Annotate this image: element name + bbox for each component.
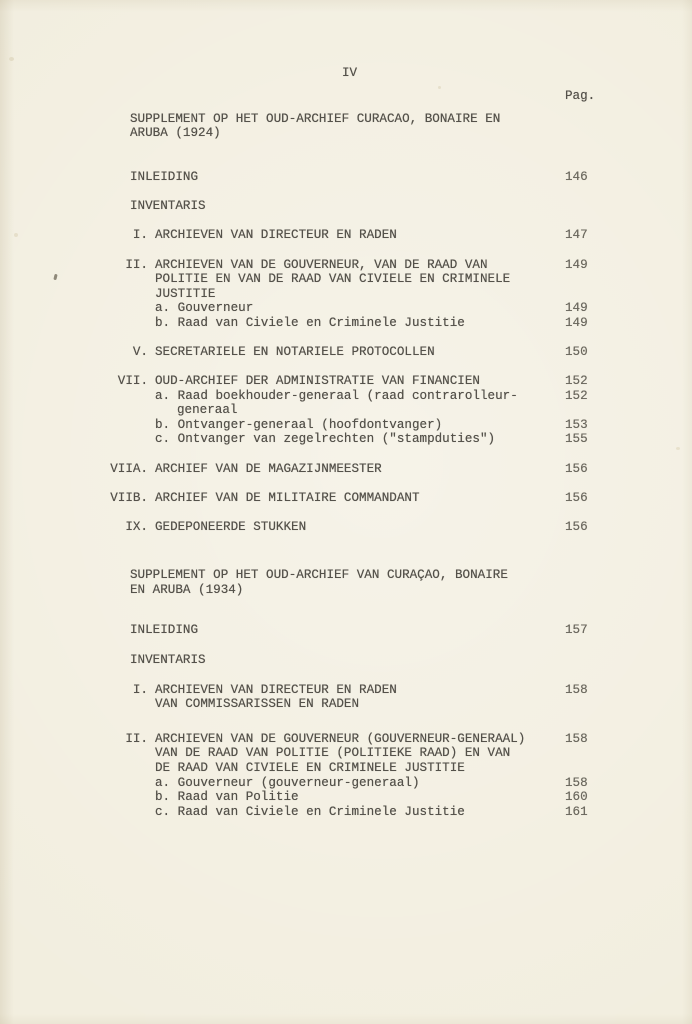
toc-entry-text: OUD-ARCHIEF DER ADMINISTRATIE VAN FINANC… <box>155 374 480 388</box>
toc-section-heading: SUPPLEMENT OP HET OUD-ARCHIEF VAN CURAÇA… <box>0 568 692 583</box>
toc-page-number: 156 <box>565 520 588 534</box>
toc-entry-label: IX. <box>95 520 148 534</box>
toc-continuation-line: DE RAAD VAN CIVIELE EN CRIMINELE JUSTITI… <box>0 761 692 776</box>
toc-section-heading: SUPPLEMENT OP HET OUD-ARCHIEF CURACAO, B… <box>0 112 692 127</box>
toc-entry-label: VII. <box>95 374 148 388</box>
toc-entry-text: ARCHIEVEN VAN DE GOUVERNEUR (GOUVERNEUR-… <box>155 732 525 746</box>
toc-entry: II.ARCHIEVEN VAN DE GOUVERNEUR (GOUVERNE… <box>0 732 692 747</box>
toc-continuation-line: b. Raad van Politie160 <box>0 790 692 805</box>
toc-entry-text: ARCHIEVEN VAN DIRECTEUR EN RADEN <box>155 683 397 697</box>
toc-entry-text: INLEIDING <box>130 623 198 637</box>
toc-entry-text: ARCHIEF VAN DE MILITAIRE COMMANDANT <box>155 491 420 505</box>
toc-entry-text: INVENTARIS <box>130 199 206 213</box>
toc-page-number: 158 <box>565 732 588 746</box>
toc-continuation-line: a. Gouverneur149 <box>0 301 692 316</box>
toc-entry-text: ARCHIEVEN VAN DIRECTEUR EN RADEN <box>155 228 397 242</box>
toc-page-number: 156 <box>565 462 588 476</box>
toc-continuation-line: b. Ontvanger-generaal (hoofdontvanger)15… <box>0 418 692 433</box>
paper-speck <box>676 447 680 450</box>
paper-speck <box>9 57 14 61</box>
toc-page-number: 152 <box>565 389 588 403</box>
toc-entry-text: SECRETARIELE EN NOTARIELE PROTOCOLLEN <box>155 345 435 359</box>
toc-entry: VIIA.ARCHIEF VAN DE MAGAZIJNMEESTER156 <box>0 462 692 477</box>
toc-entry-label: II. <box>95 732 148 746</box>
toc-entry-text: DE RAAD VAN CIVIELE EN CRIMINELE JUSTITI… <box>155 761 465 775</box>
toc-page-number: 150 <box>565 345 588 359</box>
toc-page-number: 158 <box>565 683 588 697</box>
toc-continuation-line: generaal <box>0 403 692 418</box>
toc-entry-text: ARUBA (1924) <box>130 126 221 140</box>
toc-page-number: 158 <box>565 776 588 790</box>
toc-page-number: 146 <box>565 170 588 184</box>
toc-page-number: 149 <box>565 301 588 315</box>
toc-continuation-line: c. Raad van Civiele en Criminele Justiti… <box>0 805 692 820</box>
toc-entry: I.ARCHIEVEN VAN DIRECTEUR EN RADEN147 <box>0 228 692 243</box>
paper-speck <box>438 86 441 89</box>
toc-page-number: 149 <box>565 258 588 272</box>
toc-entry: V.SECRETARIELE EN NOTARIELE PROTOCOLLEN1… <box>0 345 692 360</box>
toc-continuation-line: VAN DE RAAD VAN POLITIE (POLITIEKE RAAD)… <box>0 746 692 761</box>
toc-entry-label: VIIA. <box>95 462 148 476</box>
scanned-toc-page: IV Pag. SUPPLEMENT OP HET OUD-ARCHIEF CU… <box>0 0 692 1024</box>
toc-entry: II.ARCHIEVEN VAN DE GOUVERNEUR, VAN DE R… <box>0 258 692 273</box>
toc-continuation-line: VAN COMMISSARISSEN EN RADEN <box>0 697 692 712</box>
toc-section-heading: ARUBA (1924) <box>0 126 692 141</box>
toc-entry-label: VIIB. <box>95 491 148 505</box>
toc-continuation-line: a. Raad boekhouder-generaal (raad contra… <box>0 389 692 404</box>
toc-entry-text: JUSTITIE <box>155 287 215 301</box>
toc-entry-label: I. <box>95 228 148 242</box>
toc-entry: IX.GEDEPONEERDE STUKKEN156 <box>0 520 692 535</box>
toc-page-number: 155 <box>565 432 588 446</box>
toc-entry-text: generaal <box>177 403 237 417</box>
toc-entry-text: INLEIDING <box>130 170 198 184</box>
toc-entry-text: SUPPLEMENT OP HET OUD-ARCHIEF CURACAO, B… <box>130 112 500 126</box>
page-column-header: Pag. <box>565 89 595 103</box>
toc-continuation-line: POLITIE EN VAN DE RAAD VAN CIVIELE EN CR… <box>0 272 692 287</box>
toc-section-heading: EN ARUBA (1934) <box>0 583 692 598</box>
toc-page-number: 153 <box>565 418 588 432</box>
folio-number: IV <box>342 66 357 80</box>
toc-section-heading: INLEIDING146 <box>0 170 692 185</box>
toc-entry-text: POLITIE EN VAN DE RAAD VAN CIVIELE EN CR… <box>155 272 510 286</box>
toc-page-number: 147 <box>565 228 588 242</box>
toc-entry: VII.OUD-ARCHIEF DER ADMINISTRATIE VAN FI… <box>0 374 692 389</box>
toc-continuation-line: JUSTITIE <box>0 287 692 302</box>
toc-entry-label: I. <box>95 683 148 697</box>
toc-section-heading: INVENTARIS <box>0 653 692 668</box>
toc-entry: I.ARCHIEVEN VAN DIRECTEUR EN RADEN158 <box>0 683 692 698</box>
toc-entry-text: b. Raad van Civiele en Criminele Justiti… <box>155 316 465 330</box>
toc-entry-text: a. Gouverneur <box>155 301 253 315</box>
toc-entry: VIIB.ARCHIEF VAN DE MILITAIRE COMMANDANT… <box>0 491 692 506</box>
paper-speck <box>14 233 18 237</box>
toc-section-heading: INLEIDING157 <box>0 623 692 638</box>
toc-entry-text: c. Ontvanger van zegelrechten ("stampdut… <box>155 432 495 446</box>
toc-entry-text: c. Raad van Civiele en Criminele Justiti… <box>155 805 465 819</box>
toc-entry-text: INVENTARIS <box>130 653 206 667</box>
toc-page-number: 149 <box>565 316 588 330</box>
toc-entry-text: VAN DE RAAD VAN POLITIE (POLITIEKE RAAD)… <box>155 746 510 760</box>
toc-entry-label: II. <box>95 258 148 272</box>
toc-page-number: 160 <box>565 790 588 804</box>
toc-entry-text: GEDEPONEERDE STUKKEN <box>155 520 306 534</box>
toc-entry-text: VAN COMMISSARISSEN EN RADEN <box>155 697 359 711</box>
toc-page-number: 157 <box>565 623 588 637</box>
toc-entry-text: ARCHIEF VAN DE MAGAZIJNMEESTER <box>155 462 382 476</box>
toc-entry-text: b. Raad van Politie <box>155 790 299 804</box>
toc-entry-text: a. Gouverneur (gouverneur-generaal) <box>155 776 420 790</box>
toc-continuation-line: c. Ontvanger van zegelrechten ("stampdut… <box>0 432 692 447</box>
toc-section-heading: INVENTARIS <box>0 199 692 214</box>
toc-entry-label: V. <box>95 345 148 359</box>
toc-entry-text: EN ARUBA (1934) <box>130 583 243 597</box>
toc-entry-text: b. Ontvanger-generaal (hoofdontvanger) <box>155 418 442 432</box>
toc-entry-text: ARCHIEVEN VAN DE GOUVERNEUR, VAN DE RAAD… <box>155 258 488 272</box>
toc-page-number: 161 <box>565 805 588 819</box>
toc-entry-text: SUPPLEMENT OP HET OUD-ARCHIEF VAN CURAÇA… <box>130 568 508 582</box>
toc-page-number: 152 <box>565 374 588 388</box>
toc-continuation-line: a. Gouverneur (gouverneur-generaal)158 <box>0 776 692 791</box>
toc-continuation-line: b. Raad van Civiele en Criminele Justiti… <box>0 316 692 331</box>
toc-page-number: 156 <box>565 491 588 505</box>
toc-entry-text: a. Raad boekhouder-generaal (raad contra… <box>155 389 518 403</box>
